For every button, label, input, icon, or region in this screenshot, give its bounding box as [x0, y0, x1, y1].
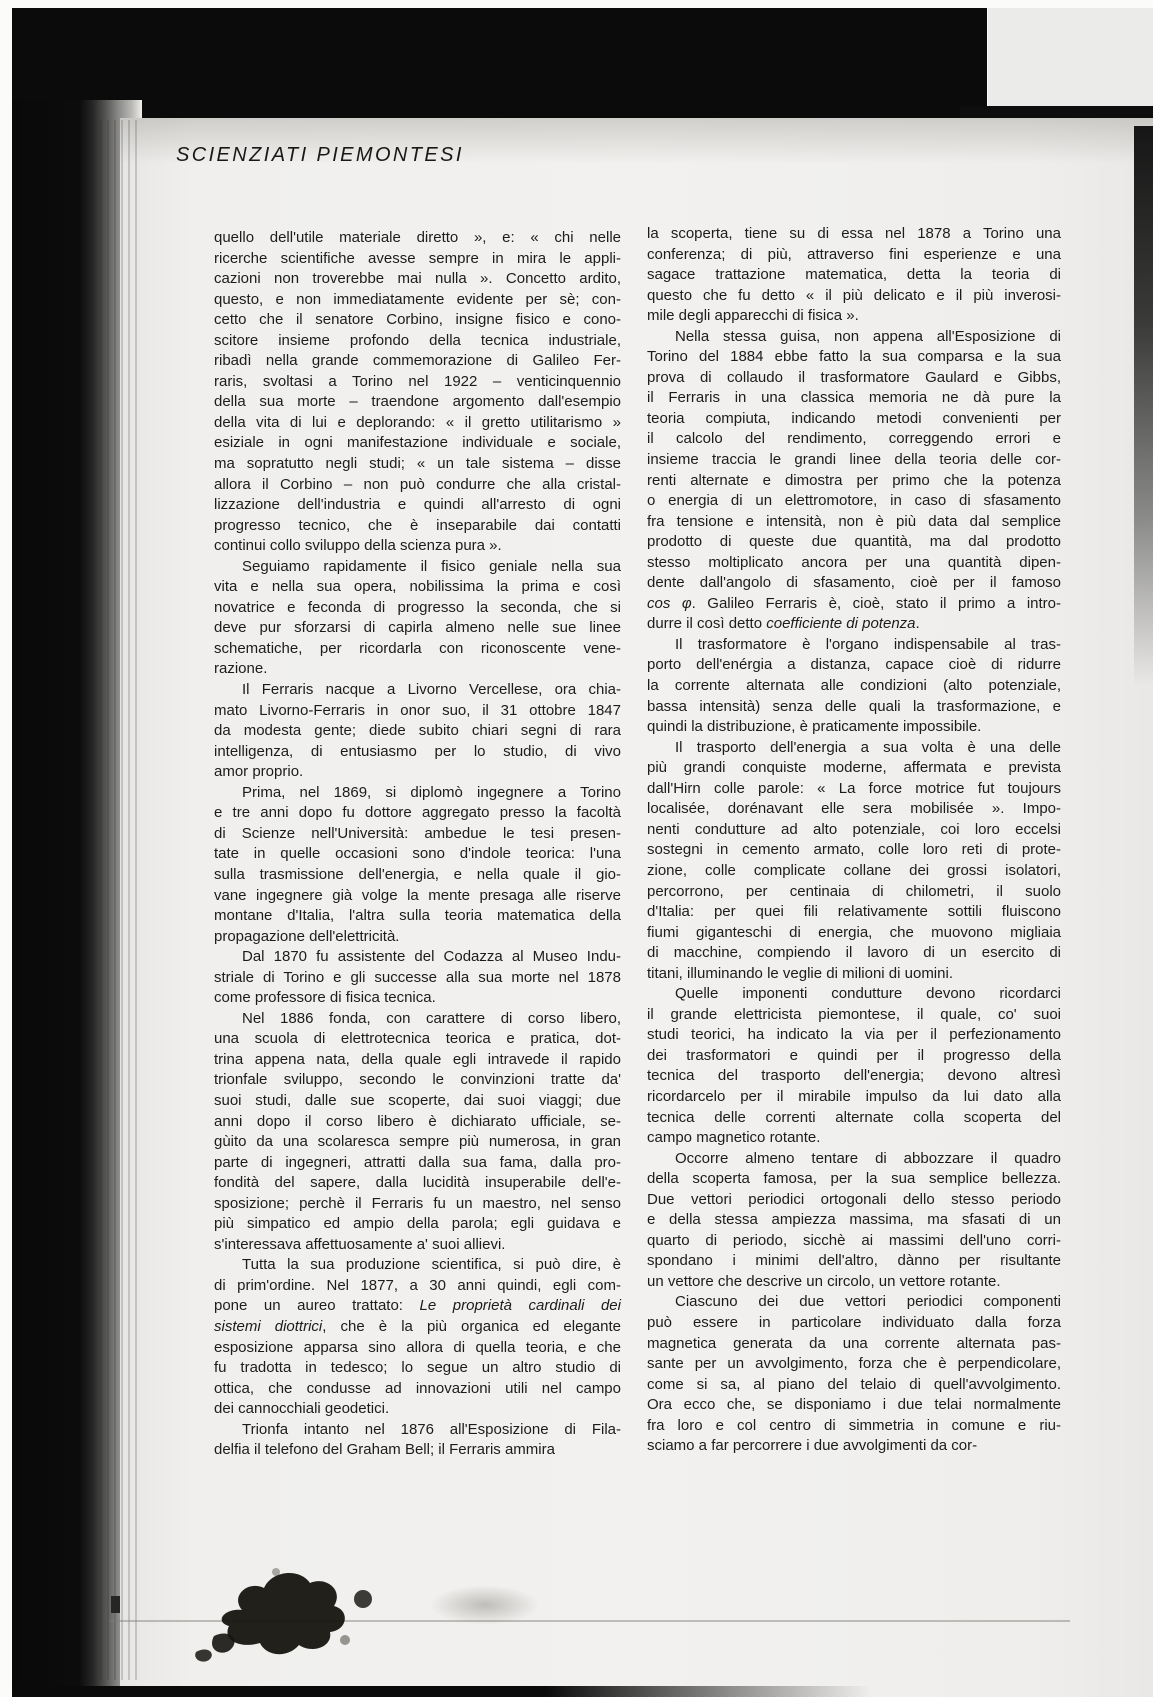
- text-line: tecnica del trasporto dell'energia; devo…: [647, 1066, 1061, 1087]
- text-line: cos φ. Galileo Ferraris è, cioè, stato i…: [647, 594, 1061, 615]
- text-line: stesso moltiplicato ancora per una quant…: [647, 553, 1061, 574]
- text-line: della sua morte – traendone argomento da…: [214, 392, 621, 413]
- text-line: teoria compiuta, indicando metodi conven…: [647, 409, 1061, 430]
- text-line: parte di ingegneri, attratti dalla sua f…: [214, 1153, 621, 1174]
- text-line: quindi la distribuzione, è praticamente …: [647, 717, 1061, 738]
- text-line: sulla trasmissione dell'energia, e nella…: [214, 865, 621, 886]
- text-line: Ciascuno dei due vettori periodici compo…: [647, 1292, 1061, 1313]
- text-line: e tre anni dopo fu dottore aggregato pre…: [214, 803, 621, 824]
- scan-corner-gray-block: [988, 8, 1153, 106]
- text-line: novatrice e feconda di progresso la seco…: [214, 598, 621, 619]
- scanned-page: SCIENZIATI PIEMONTESI quello dell'utile …: [0, 0, 1153, 1697]
- text-line: fra tensione e intensità, non è più data…: [647, 512, 1061, 533]
- text-line: s'interessava affettuosamente a' suoi al…: [214, 1235, 621, 1256]
- text-line: più grandi conquiste moderne, affermata …: [647, 758, 1061, 779]
- page-title: SCIENZIATI PIEMONTESI: [176, 144, 596, 167]
- text-line: di macchine, compiendo il lavoro di un e…: [647, 943, 1061, 964]
- text-line: razione.: [214, 659, 621, 680]
- text-line: fra loro e col centro di simmetria in co…: [647, 1416, 1061, 1437]
- text-line: della vita di lui e deplorando: « il gre…: [214, 413, 621, 434]
- text-line: sagace trattazione matematica, detta la …: [647, 265, 1061, 286]
- text-line: dei cannocchiali geodetici.: [214, 1399, 621, 1420]
- text-line: trina appena nata, della quale egli intr…: [214, 1050, 621, 1071]
- text-line: Torino del 1884 ebbe fatto la sua compar…: [647, 347, 1061, 368]
- ink-blot: [180, 1552, 390, 1667]
- text-line: cazioni non troverebbe mai nulla ». Conc…: [214, 269, 621, 290]
- text-line: cetto che il senatore Corbino, insigne f…: [214, 310, 621, 331]
- text-line: ricerche scientifiche avesse sempre in m…: [214, 249, 621, 270]
- text-line: sante per un avvolgimento, forza che è p…: [647, 1354, 1061, 1375]
- text-line: la corrente alternata alle condizioni (a…: [647, 676, 1061, 697]
- text-line: continui collo sviluppo della scienza pu…: [214, 536, 621, 557]
- text-line: amor proprio.: [214, 762, 621, 783]
- text-line: esposizione apparsa sino allora di quell…: [214, 1338, 621, 1359]
- text-line: Tutta la sua produzione scientifica, si …: [214, 1255, 621, 1276]
- text-line: più simpatico ed ampio della parola; egl…: [214, 1214, 621, 1235]
- binding-texture: [100, 120, 140, 1680]
- edge-mark: [111, 1596, 120, 1613]
- text-line: Nella stessa guisa, non appena all'Espos…: [647, 327, 1061, 348]
- text-line: mato Livorno-Ferraris in onor suo, il 31…: [214, 701, 621, 722]
- text-line: d'Italia: per quei fili relativamente so…: [647, 902, 1061, 923]
- text-line: raris, svoltasi a Torino nel 1922 – vent…: [214, 372, 621, 393]
- text-line: Quelle imponenti condutture devono ricor…: [647, 984, 1061, 1005]
- text-line: dente dall'angolo di sfasamento, cioè pe…: [647, 573, 1061, 594]
- text-line: intelligenza, di entusiasmo per lo studi…: [214, 742, 621, 763]
- text-line: bassa intensità) senza delle quali la tr…: [647, 697, 1061, 718]
- text-line: da modesta gente; diede subito chiari se…: [214, 721, 621, 742]
- text-line: fiumi giganteschi di energia, che muovon…: [647, 923, 1061, 944]
- text-line: tecnica delle correnti alternate colla s…: [647, 1108, 1061, 1129]
- text-line: sistemi diottrici, che è la più organica…: [214, 1317, 621, 1338]
- text-line: sciamo a far percorrere i due avvolgimen…: [647, 1436, 1061, 1457]
- text-line: progresso tecnico, che è inseparabile da…: [214, 516, 621, 537]
- text-line: deve pur sforzarsi di capirla almeno nel…: [214, 618, 621, 639]
- text-line: campo magnetico rotante.: [647, 1128, 1061, 1149]
- scan-border-right: [1134, 126, 1153, 686]
- text-line: lizzazione dell'industria e quindi all'a…: [214, 495, 621, 516]
- text-line: scitore insieme profondo della tecnica i…: [214, 331, 621, 352]
- text-line: Ora ecco che, se disponiamo i due telai …: [647, 1395, 1061, 1416]
- text-line: può essere in particolare individuato da…: [647, 1313, 1061, 1334]
- text-line: Prima, nel 1869, si diplomò ingegnere a …: [214, 783, 621, 804]
- text-line: striale di Torino e gli successe alla su…: [214, 968, 621, 989]
- text-line: come professore di fisica tecnica.: [214, 988, 621, 1009]
- text-line: una scuola di elettrotecnica teorica e p…: [214, 1029, 621, 1050]
- text-line: trionfale sviluppo, secondo le convinzio…: [214, 1070, 621, 1091]
- text-line: vita e nella sua opera, nobilissima la p…: [214, 577, 621, 598]
- text-line: Due vettori periodici ortogonali dello s…: [647, 1190, 1061, 1211]
- text-line: sposizione; perchè il Ferraris fu un mae…: [214, 1194, 621, 1215]
- text-line: il Ferraris in una classica memoria ne d…: [647, 388, 1061, 409]
- text-line: il calcolo del rendimento, correggendo e…: [647, 429, 1061, 450]
- text-line: gùito da una scolaresca sempre più numer…: [214, 1132, 621, 1153]
- text-line: mile degli apparecchi di fisica ».: [647, 306, 1061, 327]
- text-column-right: la scoperta, tiene su di essa nel 1878 a…: [647, 224, 1061, 1457]
- text-line: Occorre almeno tentare di abbozzare il q…: [647, 1149, 1061, 1170]
- text-line: studi teorici, ha indicato la via per il…: [647, 1025, 1061, 1046]
- text-line: montane d'Italia, l'altra sulla teoria m…: [214, 906, 621, 927]
- text-line: insieme traccia le grandi linee della te…: [647, 450, 1061, 471]
- text-line: fondità del sapere, dalla lucidità insup…: [214, 1173, 621, 1194]
- text-line: esiziale in ogni manifestazione individu…: [214, 433, 621, 454]
- text-line: dall'Hirn colle parole: « La force motri…: [647, 779, 1061, 800]
- text-line: renti alternate e dimostra per primo che…: [647, 471, 1061, 492]
- text-line: Trionfa intanto nel 1876 all'Esposizione…: [214, 1420, 621, 1441]
- text-line: zione, colle complicate collane dei gros…: [647, 861, 1061, 882]
- text-line: il grande elettricista piemontese, il qu…: [647, 1005, 1061, 1026]
- text-line: delfia il telefono del Graham Bell; il F…: [214, 1440, 621, 1461]
- text-line: nenti condutture ad alto potenziale, coi…: [647, 820, 1061, 841]
- text-line: prova di collaudo il trasformatore Gaula…: [647, 368, 1061, 389]
- text-line: di Scienze nell'Università: ambedue le t…: [214, 824, 621, 845]
- text-line: Seguiamo rapidamente il fisico geniale n…: [214, 557, 621, 578]
- text-line: vane ingegnere già volge la mente presag…: [214, 886, 621, 907]
- text-line: percorrono, per centinaia di chilometri,…: [647, 882, 1061, 903]
- text-line: suoi studi, dalle sue scoperte, dai suoi…: [214, 1091, 621, 1112]
- text-line: schematiche, per ricordarla con riconosc…: [214, 639, 621, 660]
- text-line: di prim'ordine. Nel 1877, a 30 anni quin…: [214, 1276, 621, 1297]
- ink-smudge: [430, 1585, 540, 1625]
- text-line: titani, illuminando le veglie di milioni…: [647, 964, 1061, 985]
- text-line: o energia di un elettromotore, in caso d…: [647, 491, 1061, 512]
- text-line: quarto di periodo, sicchè ai massimi del…: [647, 1231, 1061, 1252]
- text-line: ricordarcelo per il mirabile impulso da …: [647, 1087, 1061, 1108]
- text-line: Il trasformatore è l'organo indispensabi…: [647, 635, 1061, 656]
- text-column-left: quello dell'utile materiale diretto », e…: [214, 228, 621, 1461]
- text-line: spondano i minimi dell'altro, dànno per …: [647, 1251, 1061, 1272]
- text-line: e della stessa ampiezza massima, ma sfas…: [647, 1210, 1061, 1231]
- text-line: Dal 1870 fu assistente del Codazza al Mu…: [214, 947, 621, 968]
- text-line: questo, e non immediatamente evidente pe…: [214, 290, 621, 311]
- text-line: prodotto di queste due quantità, ma dal …: [647, 532, 1061, 553]
- text-line: quello dell'utile materiale diretto », e…: [214, 228, 621, 249]
- text-line: Nel 1886 fonda, con carattere di corso l…: [214, 1009, 621, 1030]
- text-line: anni dopo il corso libero è dichiarato u…: [214, 1112, 621, 1133]
- scan-border-bottom: [12, 1686, 872, 1697]
- text-line: un vettore che descrive un circolo, un v…: [647, 1272, 1061, 1293]
- text-line: conferenza; di più, attraverso fini espe…: [647, 245, 1061, 266]
- text-line: fu tradotta in tedesco; lo segue un altr…: [214, 1358, 621, 1379]
- text-line: Il Ferraris nacque a Livorno Vercellese,…: [214, 680, 621, 701]
- text-line: della scoperta famosa, per la sua sempli…: [647, 1169, 1061, 1190]
- text-line: ottica, che condusse ad innovazioni util…: [214, 1379, 621, 1400]
- text-line: la scoperta, tiene su di essa nel 1878 a…: [647, 224, 1061, 245]
- text-line: pone un aureo trattato: Le proprietà car…: [214, 1296, 621, 1317]
- text-line: porto dell'enérgia a distanza, capace ci…: [647, 655, 1061, 676]
- text-line: allora il Corbino – non può condurre che…: [214, 475, 621, 496]
- text-line: dei trasformatori e quindi per il progre…: [647, 1046, 1061, 1067]
- text-line: ma sopratutto negli studi; « un tale sis…: [214, 454, 621, 475]
- text-line: propagazione dell'elettricità.: [214, 927, 621, 948]
- text-line: magnetica generata da una corrente alter…: [647, 1334, 1061, 1355]
- text-line: tate in quelle occasioni sono d'indole t…: [214, 844, 621, 865]
- text-line: come si sa, al piano del telaio di quell…: [647, 1375, 1061, 1396]
- text-line: sostegni in cemento armato, colle loro r…: [647, 840, 1061, 861]
- text-line: localisée, dorénavant elle sera mobilisé…: [647, 799, 1061, 820]
- text-line: ribadì nella grande commemorazione di Ga…: [214, 351, 621, 372]
- scan-border-top: [12, 8, 987, 122]
- text-line: durre il così detto coefficiente di pote…: [647, 614, 1061, 635]
- text-line: questo che fu detto « il più delicato e …: [647, 286, 1061, 307]
- text-line: Il trasporto dell'energia a sua volta è …: [647, 738, 1061, 759]
